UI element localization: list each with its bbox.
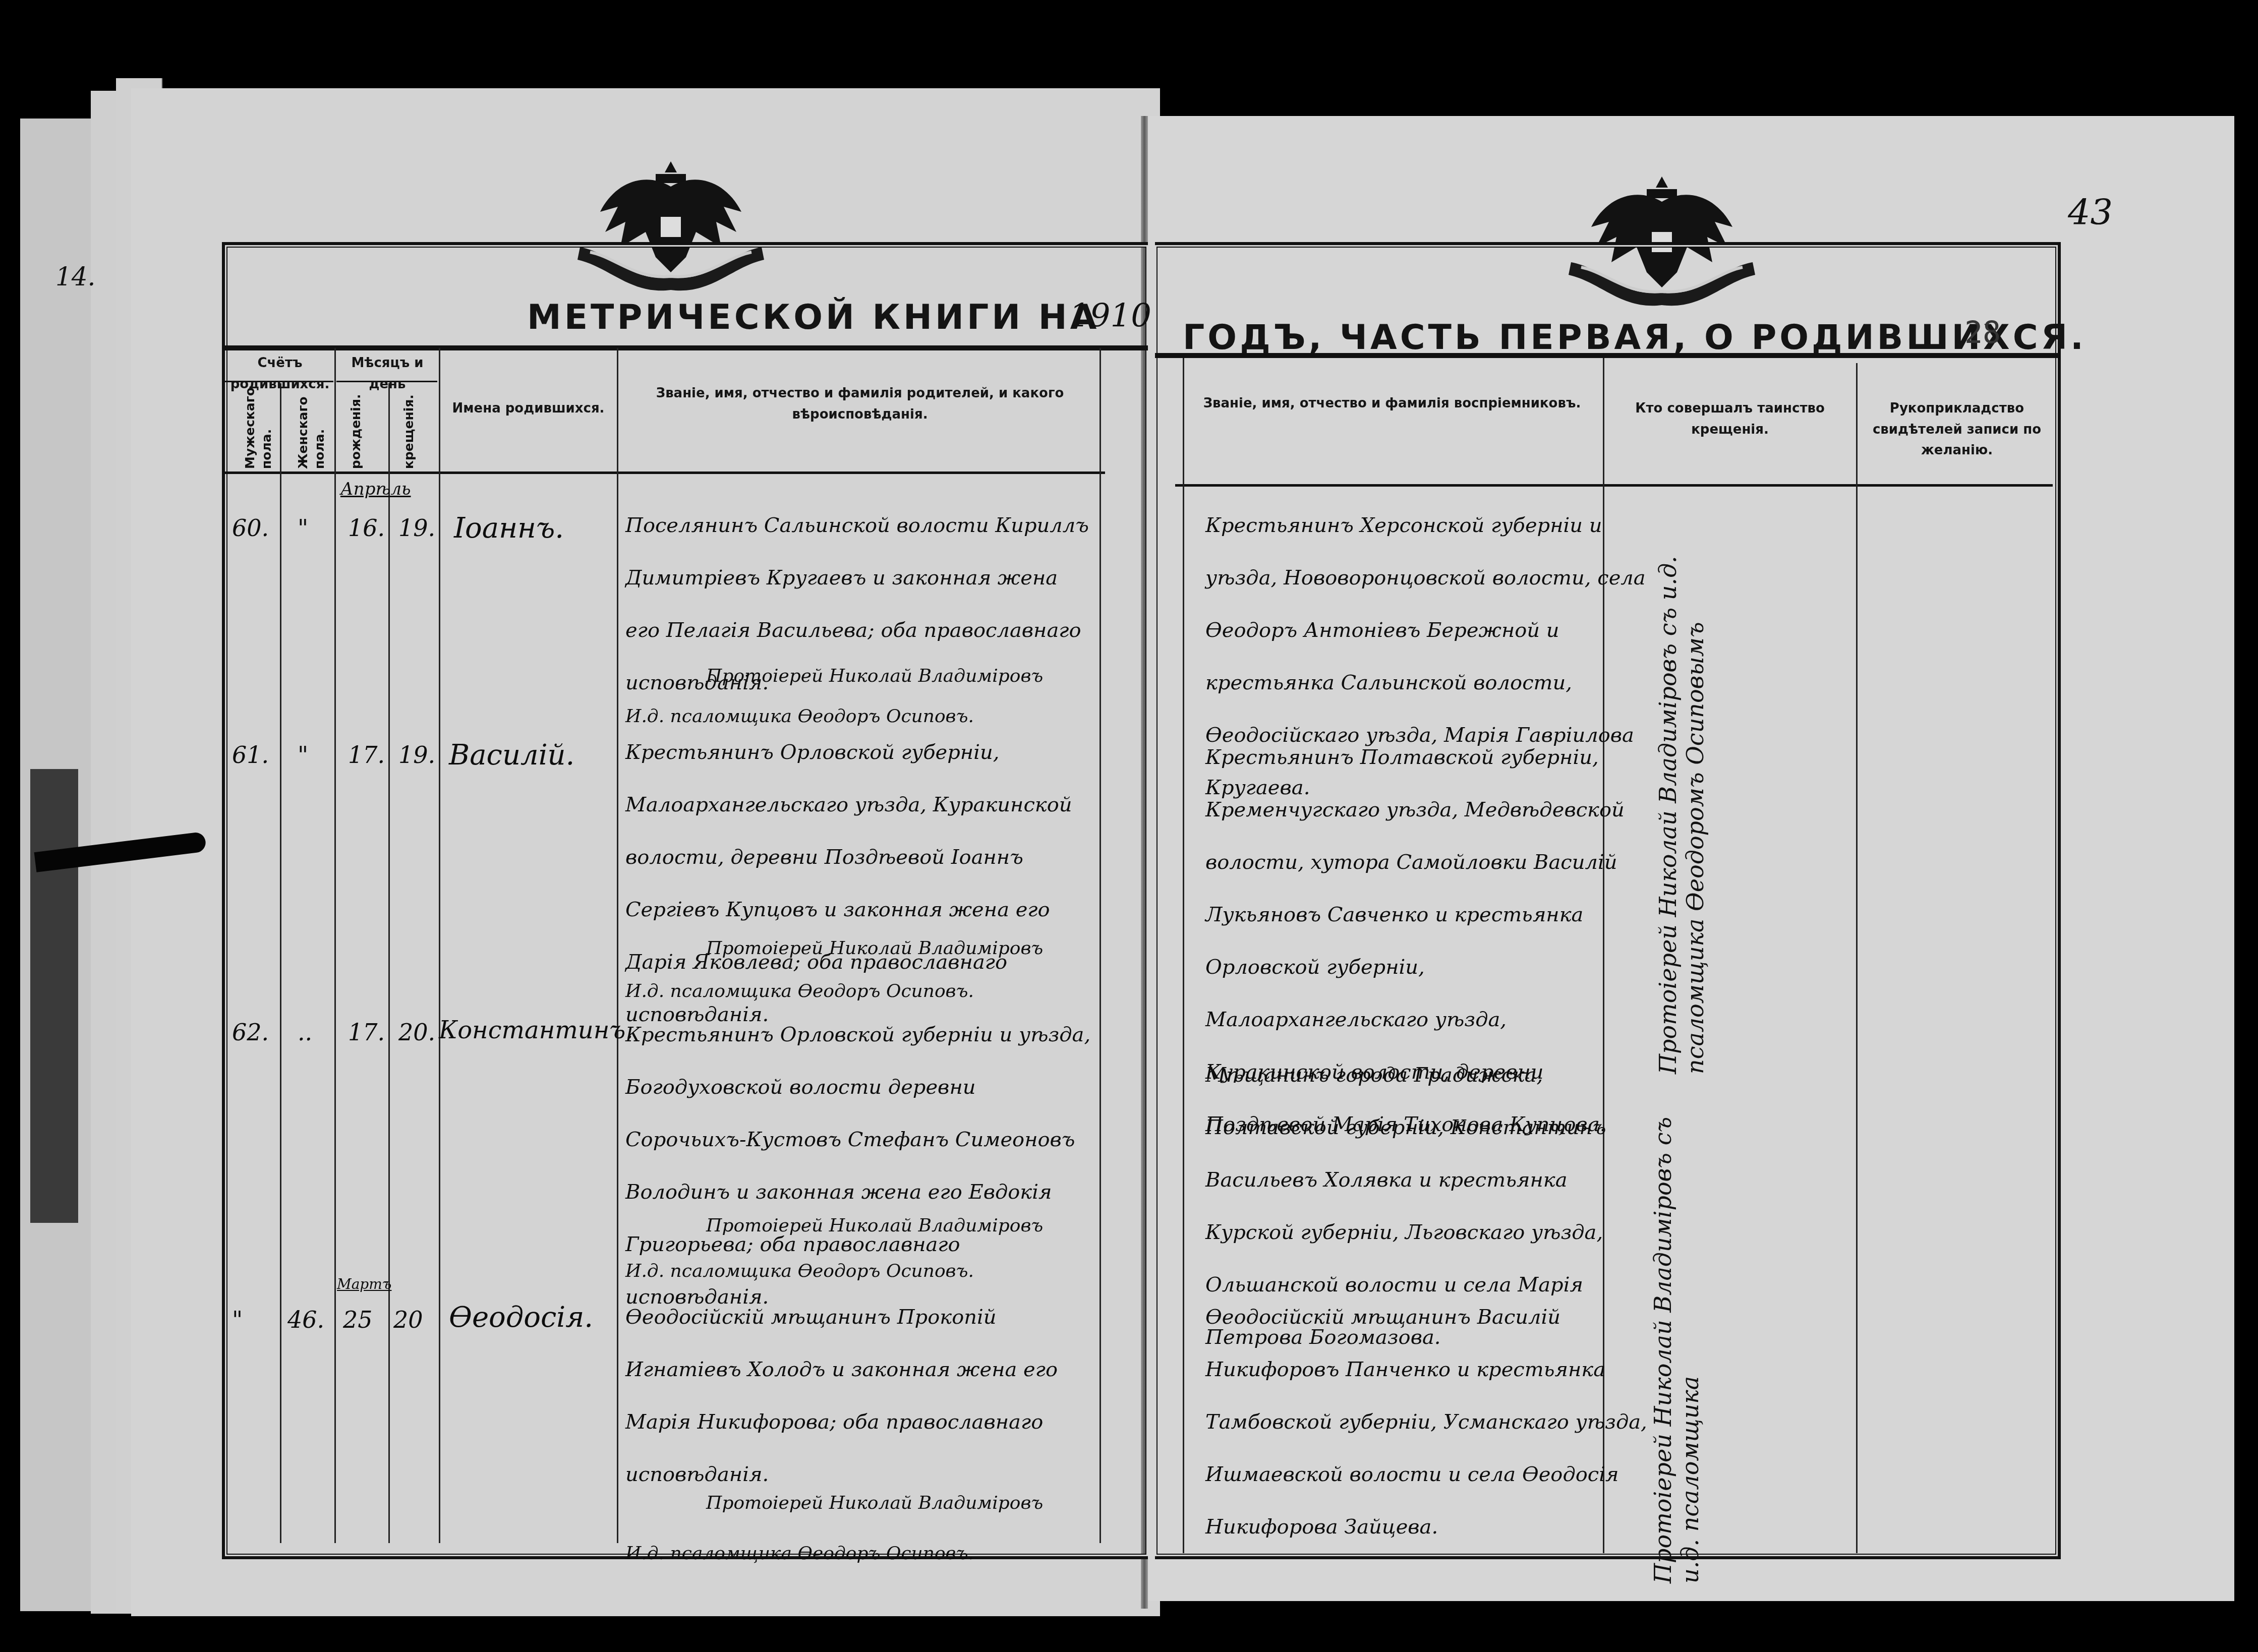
book-title-left: Метрической книги на (527, 298, 1099, 337)
folio-number: 43 (2068, 192, 2113, 233)
book-title-right: годъ, часть первая, о родившихся. (1183, 318, 2087, 358)
entry-baptism-day: 20. (398, 1019, 435, 1046)
entry-child-name: Іоаннъ. (454, 512, 564, 545)
header-names: Имена родившихся. (441, 398, 615, 420)
header-priest: Кто совершалъ таинство крещенія. (1606, 398, 1854, 440)
entry-birth-day: 17. (348, 1019, 385, 1046)
entry-female-number: " (298, 514, 308, 542)
entry-male-number: 60. (232, 514, 269, 542)
entry-clerk-signature: И.д. псаломщика Ѳеодоръ Осиповъ. (625, 1543, 974, 1564)
book-cover-edge (30, 769, 78, 1223)
entry-child-name: Василій. (449, 739, 574, 772)
printed-page-number: 28 (1964, 315, 2001, 350)
header-godparents: Званіе, имя, отчество и фамилія воспріем… (1185, 393, 1599, 415)
header-bottom-rule (1175, 484, 2053, 487)
entry-priest-signature: Протоіерей Николай Владиміровъ (706, 1493, 1043, 1513)
entry-clerk-signature: И.д. псаломщика Ѳеодоръ Осиповъ. (625, 706, 974, 727)
priest-column-signature: Протоіерей Николай Владиміровъ съ и.д. п… (1649, 1079, 1704, 1583)
column-divider (617, 348, 618, 1543)
header-female: Женскаго пола. (295, 393, 328, 469)
entry-baptism-day: 20 (393, 1306, 423, 1333)
margin-note: 14. (55, 262, 96, 291)
column-divider (1099, 348, 1101, 1543)
header-birth: рожденія. (348, 393, 365, 469)
header-month-day: Мѣсяцъ и день (337, 353, 438, 395)
priest-column-signature: Протоіерей Николай Владиміровъ съ и.д. п… (1654, 494, 1709, 1074)
header-parents: Званіе, имя, отчество и фамилія родителе… (625, 383, 1094, 425)
entry-male-number: 62. (232, 1019, 269, 1046)
entry-birth-day: 16. (348, 514, 385, 542)
column-divider (280, 383, 281, 1543)
column-divider (1856, 363, 1858, 1553)
header-male: Мужескаго пола. (242, 393, 275, 469)
entry-baptism-day: 19. (398, 514, 435, 542)
entry-male-number: " (232, 1306, 243, 1333)
header-rule (1155, 353, 2058, 358)
entry-month: Апрѣль (340, 479, 411, 499)
column-divider (334, 348, 336, 1543)
entry-parents: Ѳеодосійскій мѣщанинъ Прокопій Игнатіевъ… (625, 1291, 1094, 1501)
entry-female-number: .. (298, 1019, 312, 1046)
entry-clerk-signature: И.д. псаломщика Ѳеодоръ Осиповъ. (625, 1261, 974, 1281)
entry-clerk-signature: И.д. псаломщика Ѳеодоръ Осиповъ. (625, 981, 974, 1001)
header-witnesses: Рукоприкладство свидѣтелей записи по жел… (1861, 398, 2053, 461)
entry-male-number: 61. (232, 741, 269, 769)
entry-godparents: Ѳеодосійскій мѣщанинъ Василій Никифоровъ… (1205, 1291, 1649, 1553)
entry-month: Мартъ (337, 1276, 392, 1292)
column-divider (1183, 358, 1184, 1553)
entry-baptism-day: 19. (398, 741, 435, 769)
year-handwritten: 1910 (1069, 298, 1151, 335)
column-divider (388, 383, 390, 1543)
entry-priest-signature: Протоіерей Николай Владиміровъ (706, 666, 1043, 686)
entry-female-number: " (298, 741, 308, 769)
entry-priest-signature: Протоіерей Николай Владиміровъ (706, 1215, 1043, 1236)
column-divider (439, 348, 440, 1543)
entry-birth-day: 25 (343, 1306, 373, 1333)
entry-child-name: Константинъ. (439, 1016, 633, 1044)
entry-priest-signature: Протоіерей Николай Владиміровъ (706, 938, 1043, 959)
entry-female-number: 46. (287, 1306, 324, 1333)
entry-birth-day: 17. (348, 741, 385, 769)
header-rule (225, 345, 1148, 350)
entry-child-name: Ѳеодосія. (449, 1301, 593, 1334)
header-bottom-rule (225, 471, 1105, 474)
header-baptism: крещенія. (401, 393, 418, 469)
